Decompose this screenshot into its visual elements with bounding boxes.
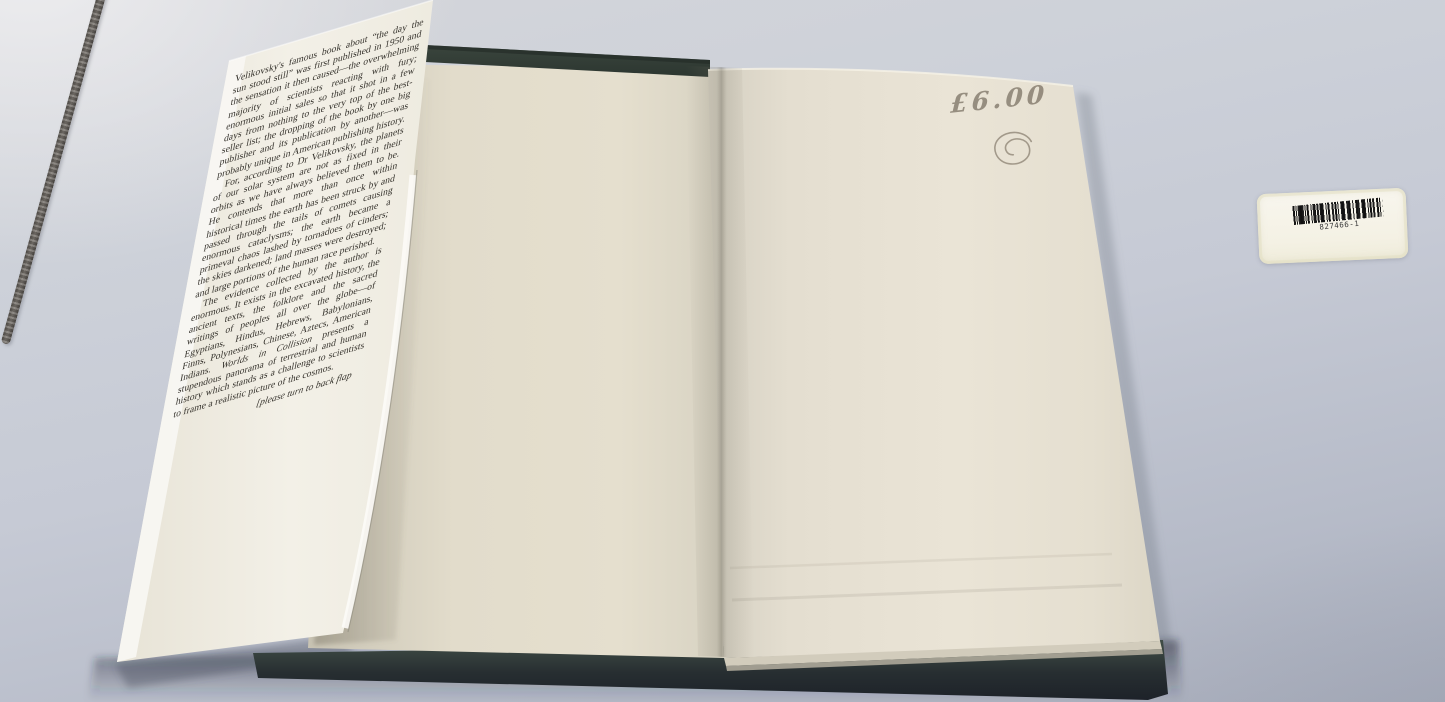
barcode-wrap: 827466-1: [1292, 197, 1385, 239]
price-sticker: 827466-1: [1257, 188, 1409, 264]
handwritten-squiggle: [988, 122, 1046, 172]
photo-open-book: Velikovsky's famous book about “the day …: [0, 0, 1445, 702]
